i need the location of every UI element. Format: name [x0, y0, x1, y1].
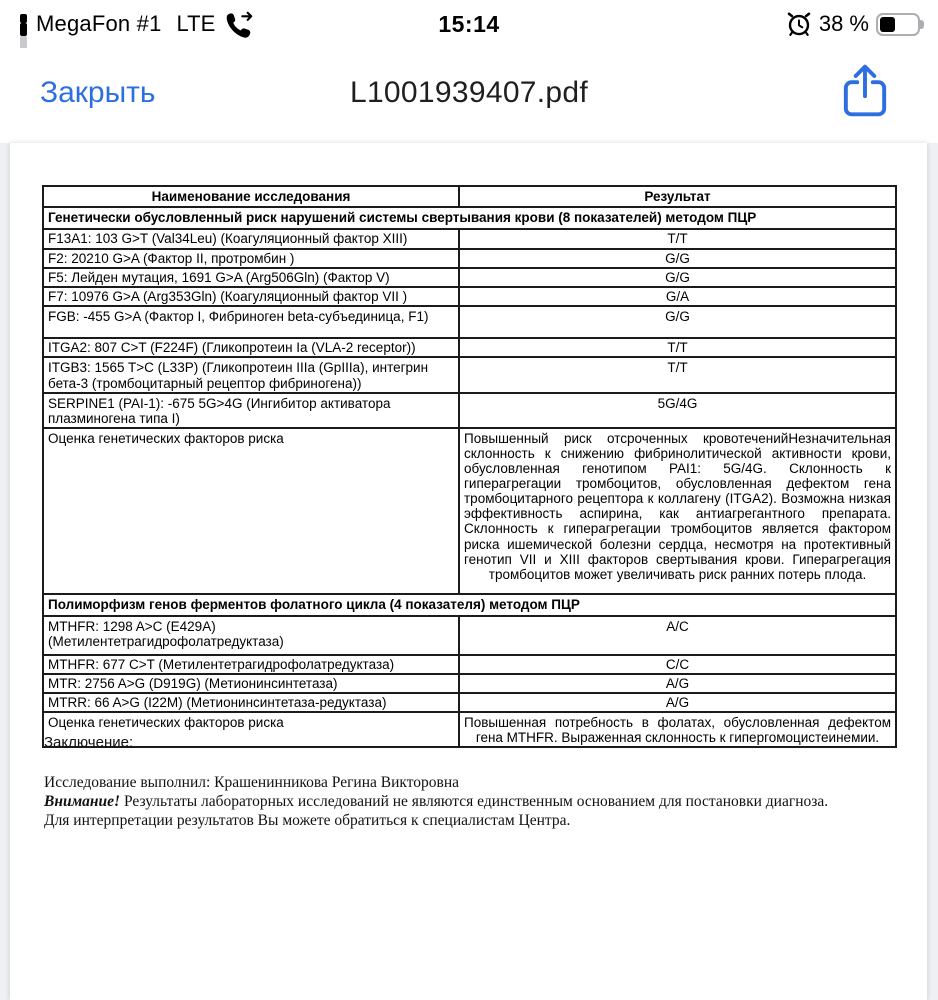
- warning-lead: Внимание!: [44, 793, 120, 810]
- table-row: SERPINE1 (PAI-1): -675 5G>4G (Ингибитор …: [43, 393, 896, 428]
- warning-text: Результаты лабораторных исследований не …: [120, 793, 828, 810]
- warning-line: Внимание! Результаты лабораторных исслед…: [44, 793, 828, 811]
- performed-by-line: Исследование выполнил: Крашенинникова Ре…: [44, 774, 459, 792]
- section-header-row: Генетически обусловленный риск нарушений…: [43, 207, 896, 229]
- phone-screen: MegaFon #1 LTE 15:14 38 %: [0, 0, 938, 1000]
- table-row: F13A1: 103 G>T (Val34Leu) (Коагуляционны…: [43, 229, 896, 249]
- results-table: Наименование исследования Результат Гене…: [42, 185, 897, 748]
- alarm-clock-icon: [786, 11, 812, 37]
- assessment2-text: Повышенная потребность в фолатах, обусло…: [459, 712, 896, 747]
- document-title: L1001939407.pdf: [0, 76, 938, 110]
- interpretation-note: Для интерпретации результатов Вы можете …: [44, 812, 570, 830]
- table-row: MTRR: 66 A>G (I22M) (Метионинсинтетаза-р…: [43, 693, 896, 712]
- share-icon: [842, 62, 888, 120]
- section1-title: Генетически обусловленный риск нарушений…: [43, 207, 896, 229]
- pdf-viewer-navbar: Закрыть L1001939407.pdf: [0, 48, 938, 143]
- share-button[interactable]: [842, 62, 888, 123]
- column-header-result: Результат: [459, 186, 896, 207]
- table-row: ITGB3: 1565 T>C (L33P) (Гликопротеин III…: [43, 357, 896, 392]
- conclusion-label: Заключение:: [44, 734, 133, 751]
- pdf-page: Наименование исследования Результат Гене…: [10, 143, 927, 1000]
- pdf-viewer-area[interactable]: Наименование исследования Результат Гене…: [0, 143, 938, 1000]
- table-header-row: Наименование исследования Результат: [43, 186, 896, 207]
- table-row: F2: 20210 G>A (Фактор II, протромбин ) G…: [43, 249, 896, 268]
- column-header-name: Наименование исследования: [43, 186, 459, 207]
- table-row: F7: 10976 G>A (Arg353Gln) (Коагуляционны…: [43, 287, 896, 306]
- table-row: F5: Лейден мутация, 1691 G>A (Arg506Gln)…: [43, 268, 896, 287]
- assessment1-label: Оценка генетических факторов риска: [43, 428, 459, 594]
- table-row: ITGA2: 807 C>T (F224F) (Гликопротеин Ia …: [43, 338, 896, 357]
- table-row: MTR: 2756 A>G (D919G) (Метионинсинтетаза…: [43, 674, 896, 693]
- table-row: MTHFR: 677 C>T (Метилентетрагидрофолатре…: [43, 655, 896, 674]
- table-row: MTHFR: 1298 A>C (E429A) (Метилентетрагид…: [43, 616, 896, 655]
- battery-percent-label: 38 %: [819, 11, 869, 37]
- risk-assessment-row: Оценка генетических факторов риска Повыш…: [43, 712, 896, 747]
- section-header-row: Полиморфизм генов ферментов фолатного ци…: [43, 594, 896, 616]
- risk-assessment-row: Оценка генетических факторов риска Повыш…: [43, 428, 896, 594]
- assessment1-text: Повышенный риск отсроченных кровотечений…: [459, 428, 896, 594]
- table-row: FGB: -455 G>A (Фактор I, Фибриноген beta…: [43, 306, 896, 338]
- section2-title: Полиморфизм генов ферментов фолатного ци…: [43, 594, 896, 616]
- battery-icon: [876, 13, 924, 36]
- status-bar: MegaFon #1 LTE 15:14 38 %: [0, 0, 938, 48]
